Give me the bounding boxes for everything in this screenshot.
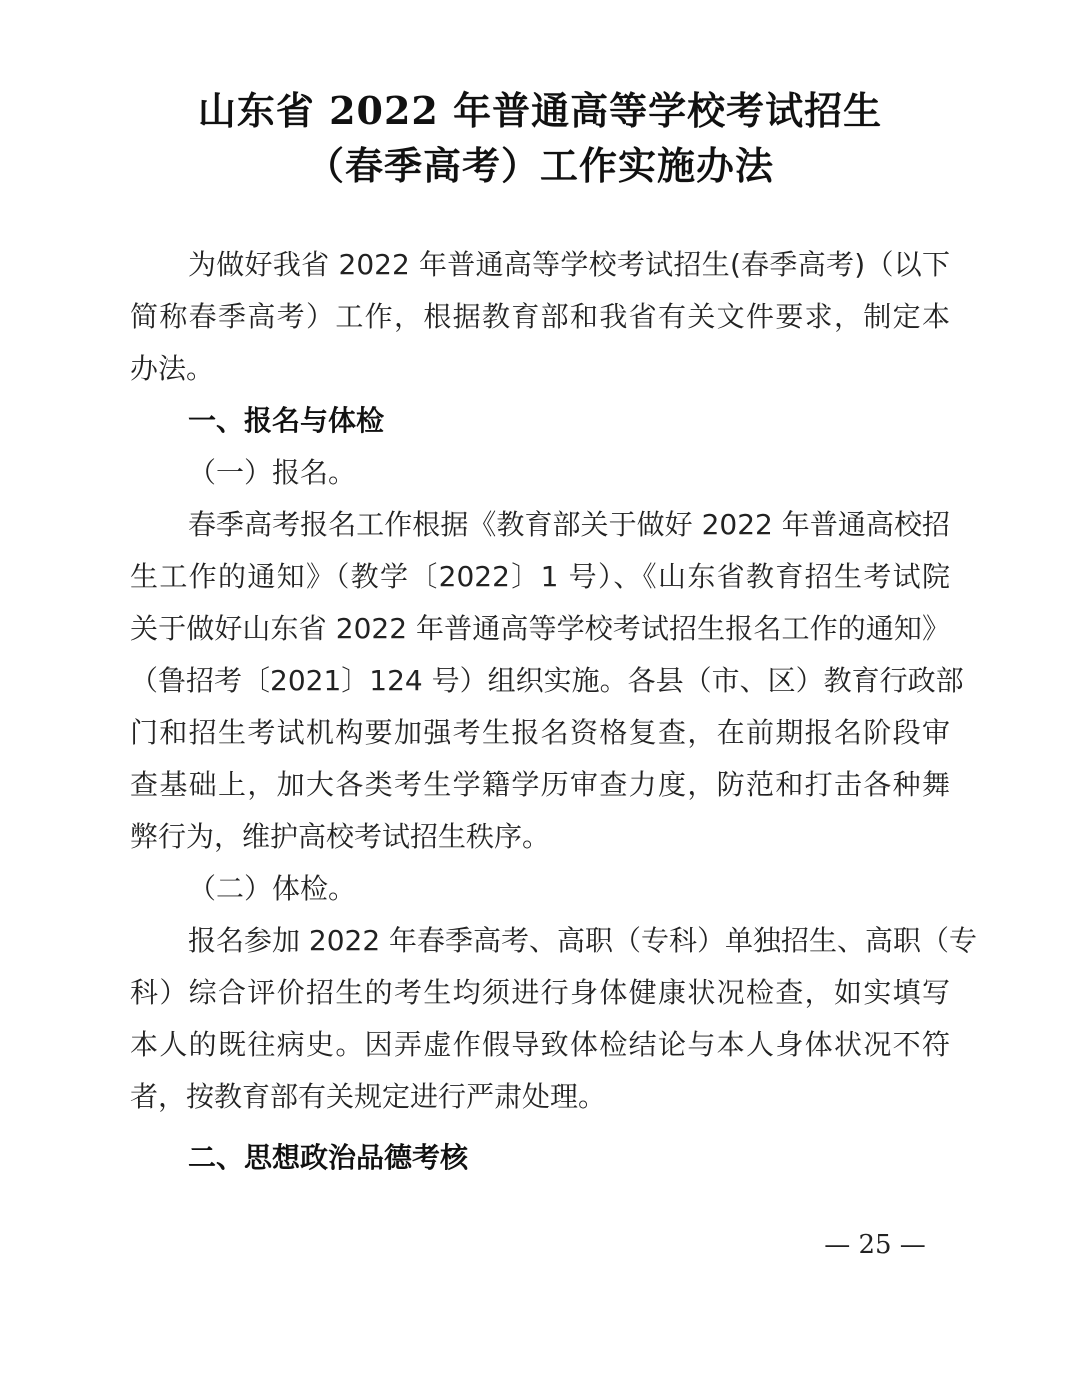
subsection-heading-registration: （一）报名。 xyxy=(188,455,356,491)
section-heading-moral-assessment: 二、思想政治品德考核 xyxy=(188,1140,468,1176)
physical-exam-paragraph-line: 科）综合评价招生的考生均须进行身体健康状况检查，如实填写 xyxy=(130,975,950,1011)
subsection-heading-physical-exam: （二）体检。 xyxy=(188,871,356,907)
document-title-line-1: 山东省 2022 年普通高等学校考试招生 xyxy=(0,80,1080,135)
registration-paragraph-line: 门和招生考试机构要加强考生报名资格复查，在前期报名阶段审 xyxy=(130,715,950,751)
registration-paragraph-line: 查基础上，加大各类考生学籍学历审查力度，防范和打击各种舞 xyxy=(130,767,950,803)
physical-exam-paragraph-line: 本人的既往病史。因弄虚作假导致体检结论与本人身体状况不符 xyxy=(130,1027,950,1063)
physical-exam-paragraph-line: 者，按教育部有关规定进行严肃处理。 xyxy=(130,1079,950,1115)
intro-paragraph-line: 简称春季高考）工作，根据教育部和我省有关文件要求，制定本 xyxy=(130,299,950,335)
intro-paragraph-line: 为做好我省 2022 年普通高等学校考试招生(春季高考)（以下 xyxy=(188,247,950,283)
intro-paragraph-line: 办法。 xyxy=(130,351,950,387)
document-page: 山东省 2022 年普通高等学校考试招生 （春季高考）工作实施办法 为做好我省 … xyxy=(0,0,1080,1398)
registration-paragraph-line: 关于做好山东省 2022 年普通高等学校考试招生报名工作的通知》 xyxy=(130,611,950,647)
document-title-line-2: （春季高考）工作实施办法 xyxy=(0,135,1080,190)
registration-paragraph-line: 春季高考报名工作根据《教育部关于做好 2022 年普通高校招 xyxy=(188,507,950,543)
section-heading-registration-exam: 一、报名与体检 xyxy=(188,403,384,439)
registration-paragraph-line: （鲁招考〔2021〕124 号）组织实施。各县（市、区）教育行政部 xyxy=(130,663,950,699)
physical-exam-paragraph-line: 报名参加 2022 年春季高考、高职（专科）单独招生、高职（专 xyxy=(188,923,950,959)
page-number: — 25 — xyxy=(820,1230,930,1260)
registration-paragraph-line: 生工作的通知》（教学〔2022〕1 号）、《山东省教育招生考试院 xyxy=(130,559,950,595)
registration-paragraph-line: 弊行为，维护高校考试招生秩序。 xyxy=(130,819,950,855)
